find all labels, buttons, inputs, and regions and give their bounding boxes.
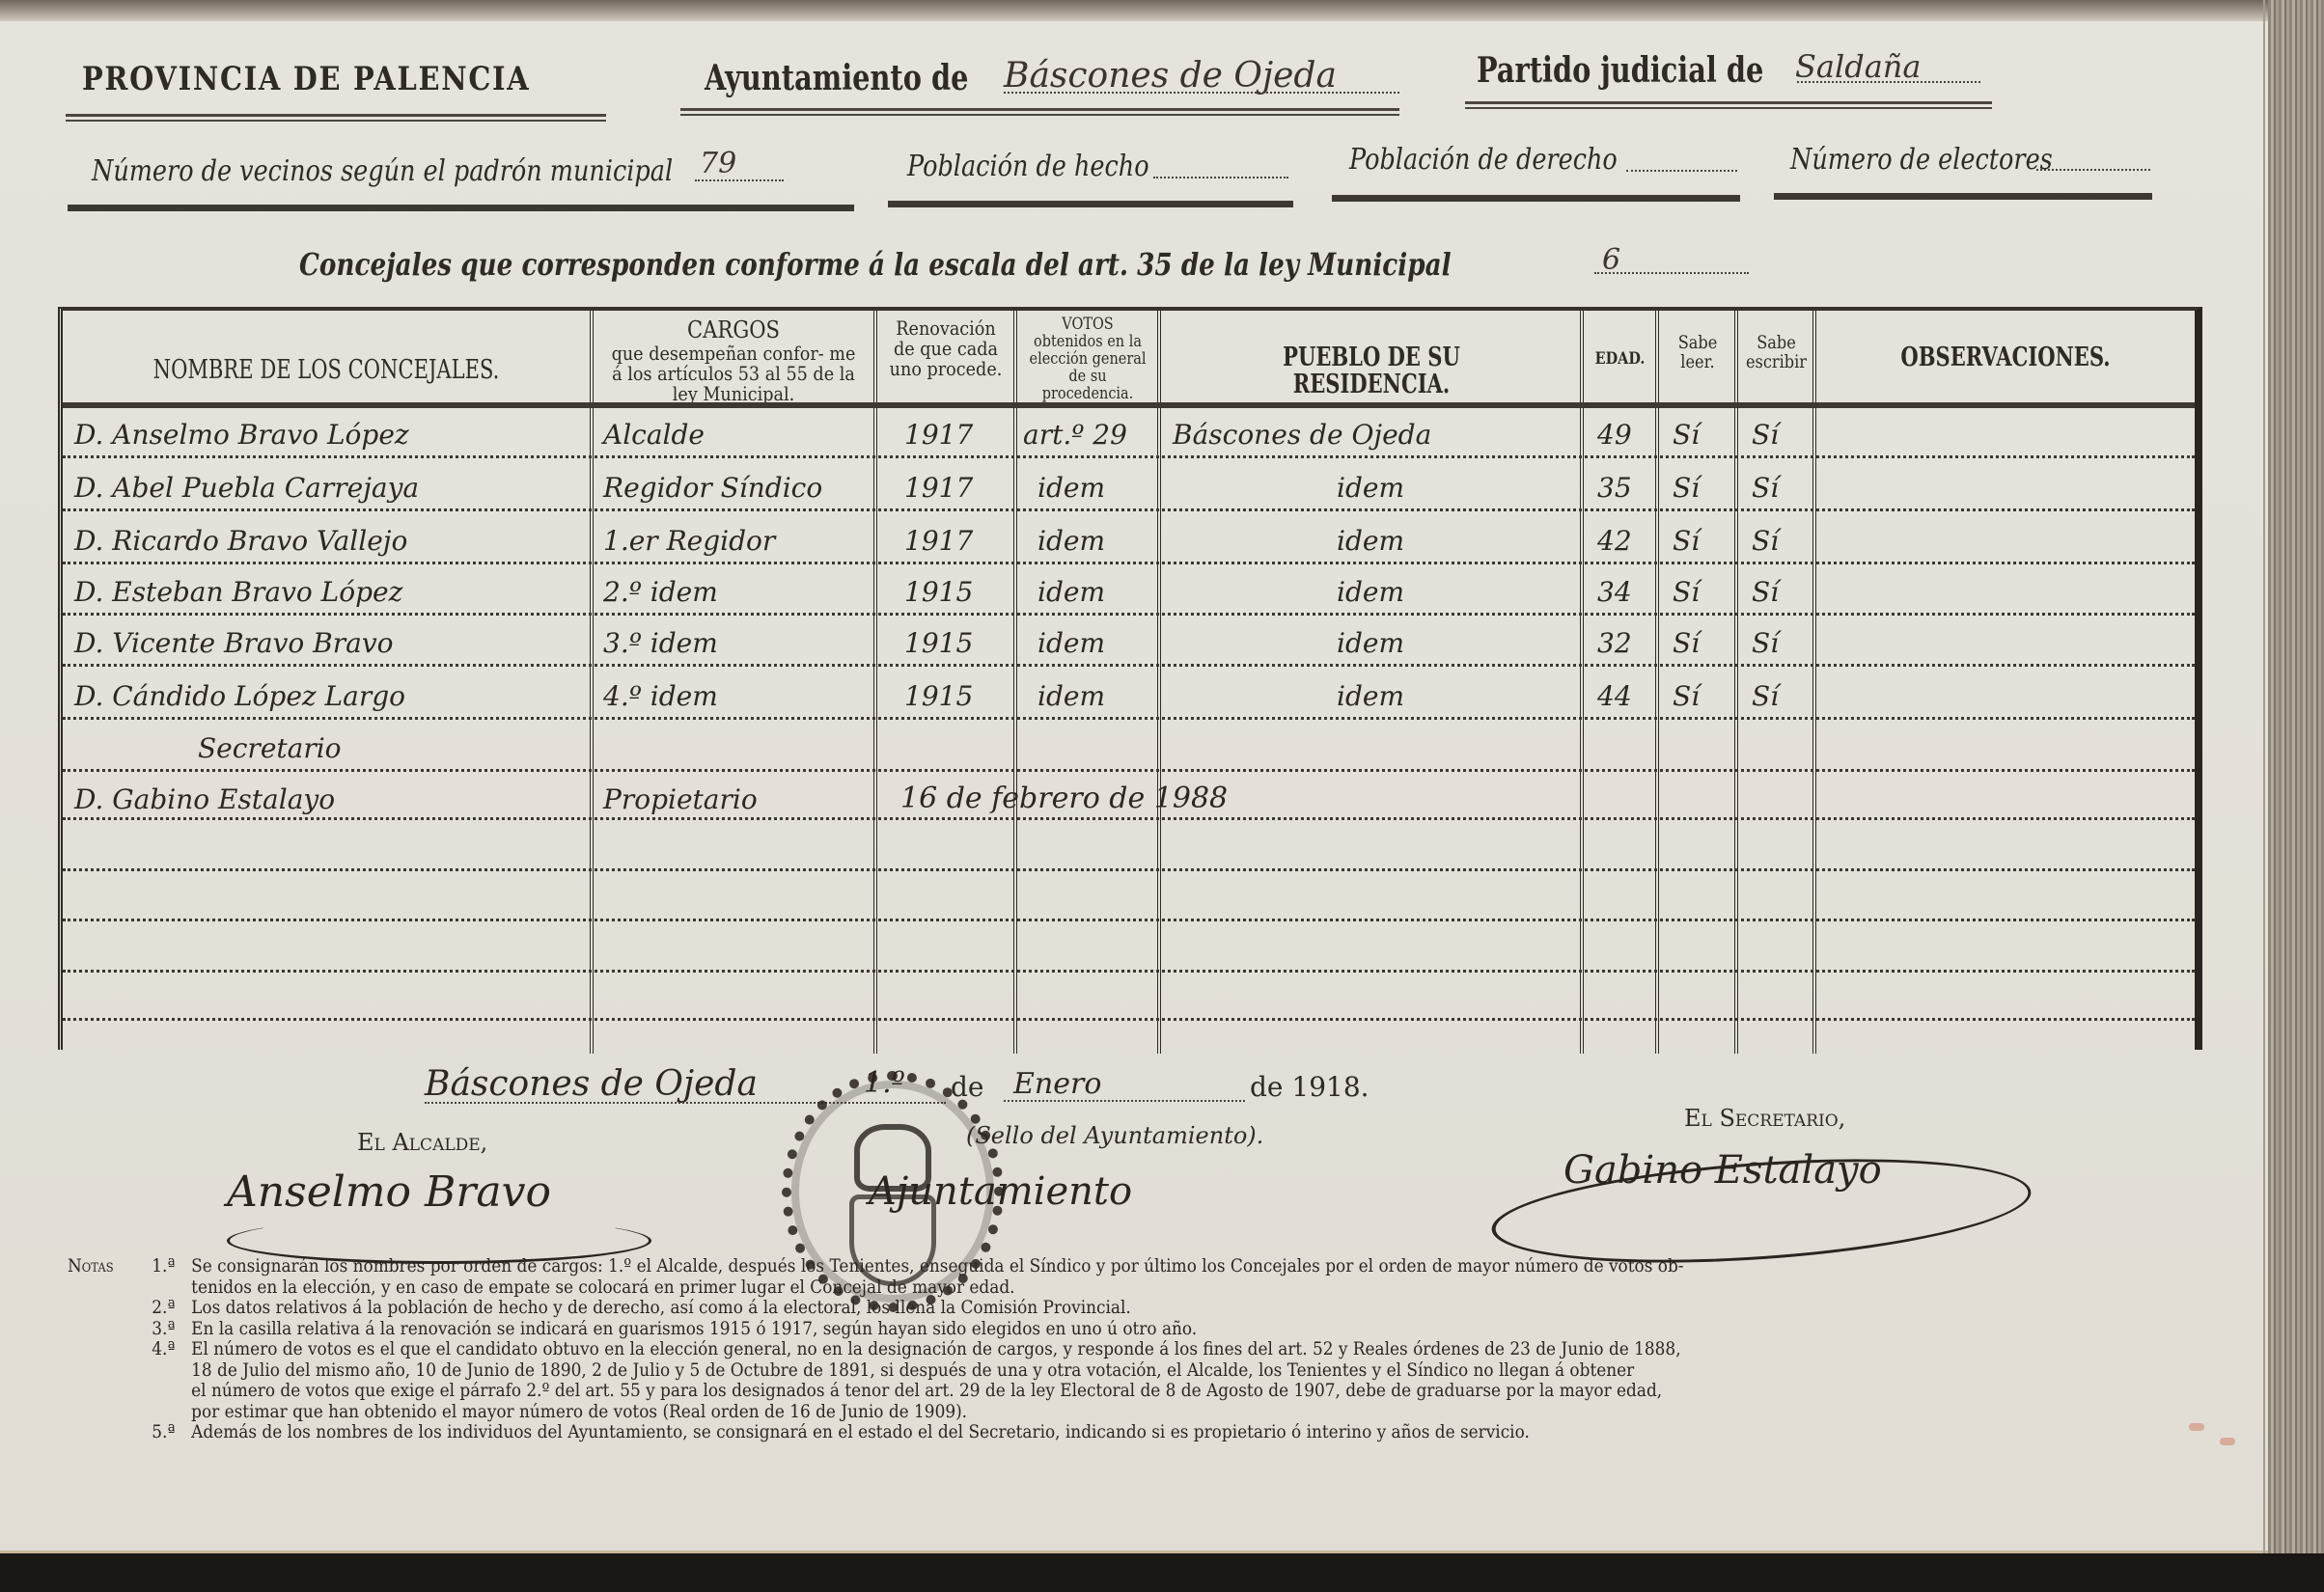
note-number: 1.ª: [152, 1256, 191, 1277]
cell-nombre: D. Gabino Estalayo: [74, 783, 335, 815]
cell-nombre: D. Ricardo Bravo Vallejo: [74, 525, 407, 557]
note-item: 5.ªAdemás de los nombres de los individu…: [68, 1422, 2008, 1443]
cell-renovacion: 1915: [904, 576, 973, 608]
rule: [888, 201, 1293, 207]
ayuntamiento-label: Ayuntamiento de: [705, 58, 968, 98]
cell-nombre: D. Anselmo Bravo López: [74, 419, 409, 451]
row-divider: [63, 1018, 2195, 1021]
notes-section: Notas 1.ªSe consignarán los nombres por …: [68, 1256, 2249, 1443]
col-header-observaciones: OBSERVACIONES.: [1859, 344, 2152, 371]
cell-cargo: 1.er Regidor: [603, 525, 775, 557]
vecinos-label: Número de vecinos según el padrón munici…: [92, 154, 673, 188]
cell-leer: Sí: [1673, 472, 1700, 504]
cell-pueblo: idem: [1337, 627, 1404, 659]
cell-pueblo: Báscones de Ojeda: [1173, 419, 1431, 451]
rule: [66, 114, 606, 122]
stain-mark: [2220, 1438, 2235, 1445]
dotted-line: [1004, 92, 1399, 94]
cell-renovacion: 1917: [904, 525, 973, 557]
cell-leer: Sí: [1673, 627, 1700, 659]
row-divider: [63, 970, 2195, 973]
note-item: 2.ªLos datos relativos á la población de…: [68, 1298, 2008, 1319]
note-text: En la casilla relativa á la renovación s…: [191, 1318, 1197, 1339]
column-divider: [1655, 311, 1659, 1054]
col-header-cargos: que desempeñan confor- me á los artículo…: [610, 343, 856, 404]
hecho-dotted-field: [1153, 177, 1288, 178]
ayuntamiento-value: Báscones de Ojeda: [1004, 56, 1337, 96]
cell-cargo: 2.º idem: [603, 576, 718, 608]
document-page: PROVINCIA DE PALENCIA Ayuntamiento de Bá…: [0, 0, 2324, 1553]
cell-edad: 32: [1597, 627, 1632, 659]
cell-votos: idem: [1037, 472, 1105, 504]
date-year: de 1918.: [1250, 1071, 1369, 1103]
row-divider: [63, 613, 2195, 616]
note-text: Además de los nombres de los individuos …: [191, 1421, 1530, 1442]
rule: [1332, 195, 1740, 202]
cell-secretario-heading: Secretario: [198, 732, 342, 764]
cell-nombre: D. Vicente Bravo Bravo: [74, 627, 394, 659]
partido-label: Partido judicial de: [1477, 50, 1763, 91]
cell-leer: Sí: [1673, 680, 1700, 712]
note-number: 4.ª: [152, 1339, 191, 1360]
col-header-escribir: Sabe escribir: [1746, 334, 1808, 372]
cell-leer: Sí: [1673, 525, 1700, 557]
cell-nombre: D. Cándido López Largo: [74, 680, 405, 712]
cell-escribir: Sí: [1752, 525, 1779, 557]
note-continuation: por estimar que han obtenido el mayor nú…: [68, 1402, 2008, 1423]
cell-cargo: Propietario: [603, 783, 758, 815]
cell-escribir: Sí: [1752, 680, 1779, 712]
col-header-leer: Sabe leer.: [1667, 334, 1729, 372]
date-month: Enero: [1013, 1067, 1101, 1101]
derecho-dotted-field: [1626, 170, 1737, 172]
row-divider: [63, 919, 2195, 921]
row-divider: [63, 769, 2195, 772]
cell-leer: Sí: [1673, 419, 1700, 451]
dotted-line: [695, 179, 784, 181]
cell-votos: idem: [1037, 525, 1105, 557]
hecho-label: Población de hecho: [907, 150, 1149, 183]
cell-edad: 34: [1597, 576, 1632, 608]
cell-renovacion: 1915: [904, 627, 973, 659]
cell-escribir: Sí: [1752, 472, 1779, 504]
cell-pueblo: idem: [1337, 680, 1404, 712]
notes-label: Notas: [68, 1256, 114, 1277]
vecinos-value: 79: [700, 147, 736, 180]
cell-votos: idem: [1037, 627, 1105, 659]
row-divider: [63, 508, 2195, 511]
column-divider: [1157, 311, 1161, 1054]
cell-renovacion: 1917: [904, 419, 973, 451]
concejales-table: NOMBRE DE LOS CONCEJALES. CARGOS que des…: [58, 307, 2202, 1050]
page-top-edge: [0, 0, 2324, 21]
cell-pueblo: idem: [1337, 472, 1404, 504]
rule: [680, 108, 1399, 116]
cell-pueblo: idem: [1337, 576, 1404, 608]
row-divider: [63, 817, 2195, 820]
cell-cargo: 3.º idem: [603, 627, 718, 659]
cell-renovacion: 1917: [904, 472, 973, 504]
note-item: 3.ªEn la casilla relativa á la renovació…: [68, 1319, 2008, 1340]
page-fold: [2263, 0, 2265, 1553]
book-gutter: [2268, 0, 2324, 1553]
derecho-label: Población de derecho: [1349, 143, 1618, 177]
row-divider: [63, 868, 2195, 871]
cell-votos: idem: [1037, 680, 1105, 712]
province-title: PROVINCIA DE PALENCIA: [82, 60, 530, 98]
note-number: 5.ª: [152, 1422, 191, 1443]
cell-cargo: Regidor Síndico: [603, 472, 822, 504]
note-number: 2.ª: [152, 1298, 191, 1319]
note-item: Notas 1.ªSe consignarán los nombres por …: [68, 1256, 2008, 1277]
dotted-line: [1594, 272, 1749, 274]
rule: [68, 205, 854, 211]
col-header-cargos-title: CARGOS: [610, 318, 856, 343]
center-signature: Ajuntamiento: [869, 1169, 1132, 1214]
col-header-edad: EDAD.: [1590, 351, 1649, 369]
column-divider: [873, 311, 877, 1054]
col-header-votos: obtenidos en la elección general de su p…: [1029, 334, 1147, 402]
header-rule: [63, 402, 2195, 408]
cell-renovacion: 1915: [904, 680, 973, 712]
electores-dotted-field: [2036, 169, 2150, 171]
cell-cargo: 4.º idem: [603, 680, 718, 712]
cell-escribir: Sí: [1752, 627, 1779, 659]
cell-nombre: D. Abel Puebla Carrejaya: [74, 472, 419, 504]
note-text: El número de votos es el que el candidat…: [191, 1338, 1680, 1359]
column-divider: [1734, 311, 1738, 1054]
cell-votos: idem: [1037, 576, 1105, 608]
alcalde-signature: Anselmo Bravo: [227, 1167, 551, 1217]
row-divider: [63, 562, 2195, 564]
seal-label: (Sello del Ayuntamiento).: [966, 1122, 1263, 1149]
cell-renovacion: 16 de febrero de 1988: [900, 782, 1228, 815]
note-text: Los datos relativos á la población de he…: [191, 1297, 1131, 1318]
cell-votos: art.º 29: [1023, 419, 1127, 451]
concejales-label: Concejales que corresponden conforme á l…: [299, 246, 1452, 283]
rule: [1465, 101, 1992, 109]
alcalde-label: El Alcalde,: [357, 1129, 487, 1156]
column-divider: [1580, 311, 1584, 1054]
cell-pueblo: idem: [1337, 525, 1404, 557]
cell-nombre: D. Esteban Bravo López: [74, 576, 402, 608]
secretario-label: El Secretario,: [1684, 1105, 1845, 1132]
electores-label: Número de electores: [1790, 143, 2053, 177]
row-divider: [63, 664, 2195, 667]
row-divider: [63, 455, 2195, 458]
note-number: 3.ª: [152, 1319, 191, 1340]
note-text: Se consignarán los nombres por orden de …: [191, 1255, 1683, 1276]
stain-mark: [2189, 1423, 2204, 1431]
cell-escribir: Sí: [1752, 576, 1779, 608]
note-continuation: 18 de Julio del mismo año, 10 de Junio d…: [68, 1360, 2008, 1382]
col-header-pueblo: PUEBLO DE SU RESIDENCIA.: [1209, 344, 1535, 399]
cell-escribir: Sí: [1752, 419, 1779, 451]
col-header-renovacion: Renovación de que cada uno procede.: [886, 318, 1005, 379]
rule: [1774, 193, 2152, 200]
cell-edad: 44: [1597, 680, 1632, 712]
column-divider: [590, 311, 594, 1054]
place-handwritten: Báscones de Ojeda: [425, 1064, 758, 1104]
row-divider: [63, 717, 2195, 720]
cell-leer: Sí: [1673, 576, 1700, 608]
note-item: 4.ªEl número de votos es el que el candi…: [68, 1339, 2008, 1360]
note-continuation: tenidos en la elección, y en caso de emp…: [68, 1277, 2008, 1299]
column-divider: [1013, 311, 1017, 1054]
column-divider: [1812, 311, 1816, 1054]
note-continuation: el número de votos que exige el párrafo …: [68, 1381, 2008, 1402]
cell-edad: 49: [1597, 419, 1632, 451]
partido-value: Saldaña: [1795, 48, 1921, 85]
cell-edad: 35: [1597, 472, 1632, 504]
cell-cargo: Alcalde: [603, 419, 705, 451]
col-header-nombre: NOMBRE DE LOS CONCEJALES.: [121, 357, 532, 384]
dotted-line: [1797, 81, 1980, 83]
dotted-line: [1004, 1100, 1245, 1102]
cell-edad: 42: [1597, 525, 1632, 557]
